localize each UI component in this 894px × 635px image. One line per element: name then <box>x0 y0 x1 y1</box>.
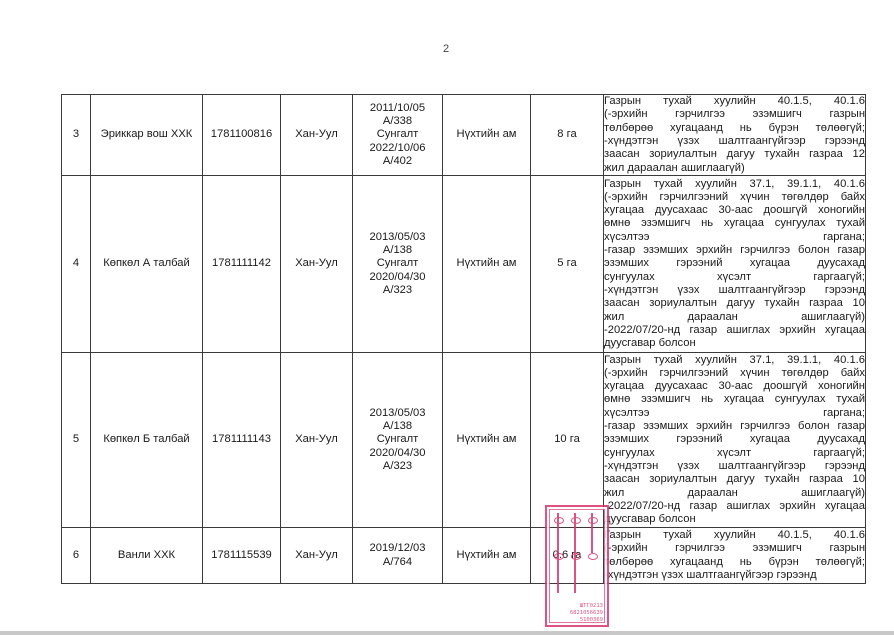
decision-line: 2019/12/03 <box>353 542 442 555</box>
note-line: эзэмших гэрээний хугацаа дуусахад <box>604 257 865 270</box>
note-line: заасан зориулалтын дагуу тухайн газраа 1… <box>604 473 865 486</box>
note-line: хүсэлтээ гаргана; <box>604 231 865 244</box>
location: Нүхтийн ам <box>443 176 531 353</box>
note-line: Газрын тухай хуулийн 40.1.5, 40.1.6 <box>604 529 865 542</box>
note-line: төлбөрөө хугацаанд нь бүрэн төлөөгүй; <box>604 122 865 135</box>
register-number: 1781100816 <box>203 95 281 176</box>
note-line: жил дараалан ашиглаагүй) <box>604 162 865 175</box>
district: Хан-Уул <box>281 176 353 353</box>
row-number: 6 <box>62 528 91 584</box>
table-row: 6Ванли ХХК1781115539Хан-Уул2019/12/03A/7… <box>62 528 866 584</box>
decision-line: Сунгалт <box>353 433 442 446</box>
decision-line: A/138 <box>353 420 442 433</box>
stamp-code: ШТГ0213 6821056639 5100369 <box>555 603 603 624</box>
table-row: 5Көпкөл Б талбай1781111143Хан-Уул2013/05… <box>62 353 866 528</box>
note-line: -2022/07/20-нд газар ашиглах эрхийн хуга… <box>604 324 865 337</box>
note-line: (-эрхийн гэрчилгээний хүчин төгөлдөр бай… <box>604 191 865 204</box>
decision-line: A/323 <box>353 284 442 297</box>
decision-line: A/402 <box>353 155 442 168</box>
land-rights-table: 3Эриккар вош ХХК1781100816Хан-Уул2011/10… <box>61 94 866 584</box>
decision-line: 2013/05/03 <box>353 231 442 244</box>
note-line: эзэмших гэрээний хугацаа дуусахад <box>604 433 865 446</box>
company-name: Көпкөл Б талбай <box>91 353 203 528</box>
page-bottom-edge <box>0 631 894 635</box>
note-line: -хүндэтгэн үзэх шалтгаангүйгээр гэрээнд <box>604 135 865 148</box>
location: Нүхтийн ам <box>443 528 531 584</box>
area: 8 га <box>531 95 604 176</box>
decision-dates: 2013/05/03A/138Сунгалт2020/04/30A/323 <box>353 353 443 528</box>
row-number: 4 <box>62 176 91 353</box>
note-line: -газар эзэмших эрхийн гэрчилгээ болон га… <box>604 244 865 257</box>
page-number: 2 <box>443 43 449 55</box>
register-number: 1781115539 <box>203 528 281 584</box>
decision-dates: 2019/12/03A/764 <box>353 528 443 584</box>
note-line: хүсэлтээ гаргана; <box>604 407 865 420</box>
location: Нүхтийн ам <box>443 353 531 528</box>
location: Нүхтийн ам <box>443 95 531 176</box>
legal-note: Газрын тухай хуулийн 37.1, 39.1.1, 40.1.… <box>604 353 866 528</box>
decision-line: 2020/04/30 <box>353 447 442 460</box>
legal-note: Газрын тухай хуулийн 40.1.5, 40.1.6(-эрх… <box>604 95 866 176</box>
decision-line: Сунгалт <box>353 257 442 270</box>
note-line: дуусгавар болсон <box>604 337 865 350</box>
note-line: Газрын тухай хуулийн 37.1, 39.1.1, 40.1.… <box>604 354 865 367</box>
legal-note: Газрын тухай хуулийн 40.1.5, 40.1.6(-эрх… <box>604 528 866 584</box>
row-number: 5 <box>62 353 91 528</box>
decision-line: 2020/04/30 <box>353 271 442 284</box>
note-line: хугацаа дуусахаас 30-аас доошгүй хоногий… <box>604 204 865 217</box>
area: 5 га <box>531 176 604 353</box>
decision-line: 2013/05/03 <box>353 407 442 420</box>
decision-line: 2022/10/06 <box>353 142 442 155</box>
note-line: өмнө эзэмшигч нь хугацаа сунгуулах тухай <box>604 217 865 230</box>
decision-dates: 2011/10/05A/338Сунгалт2022/10/06A/402 <box>353 95 443 176</box>
decision-line: Сунгалт <box>353 128 442 141</box>
decision-line: A/138 <box>353 244 442 257</box>
note-line: заасан зориулалтын дагуу тухайн газраа 1… <box>604 297 865 310</box>
note-line: Газрын тухай хуулийн 37.1, 39.1.1, 40.1.… <box>604 178 865 191</box>
company-name: Эриккар вош ХХК <box>91 95 203 176</box>
area: 0.6 га <box>531 528 604 584</box>
note-line: -хүндэтгэн үзэх шалтгаангүйгээр гэрээнд <box>604 569 865 582</box>
note-line: заасан зориулалтын дагуу тухайн газраа 1… <box>604 148 865 161</box>
note-line: (-эрхийн гэрчилгээ эзэмшигч газрын <box>604 542 865 555</box>
note-line: -газар эзэмших эрхийн гэрчилгээ болон га… <box>604 420 865 433</box>
note-line: -хүндэтгэн үзэх шалтгаангүйгээр гэрээнд <box>604 284 865 297</box>
district: Хан-Уул <box>281 95 353 176</box>
decision-line: A/323 <box>353 460 442 473</box>
register-number: 1781111143 <box>203 353 281 528</box>
company-name: Ванли ХХК <box>91 528 203 584</box>
district: Хан-Уул <box>281 528 353 584</box>
note-line: -хүндэтгэн үзэх шалтгаангүйгээр гэрээнд <box>604 460 865 473</box>
note-line: -2022/07/20-нд газар ашиглах эрхийн хуга… <box>604 500 865 513</box>
decision-line: 2011/10/05 <box>353 102 442 115</box>
note-line: жил дараалан ашиглаагүй) <box>604 311 865 324</box>
area: 10 га <box>531 353 604 528</box>
decision-line: A/338 <box>353 115 442 128</box>
legal-note: Газрын тухай хуулийн 37.1, 39.1.1, 40.1.… <box>604 176 866 353</box>
register-number: 1781111142 <box>203 176 281 353</box>
note-line: дуусгавар болсон <box>604 513 865 526</box>
note-line: (-эрхийн гэрчилгээний хүчин төгөлдөр бай… <box>604 367 865 380</box>
company-name: Көпкөл А талбай <box>91 176 203 353</box>
note-line: жил дараалан ашиглаагүй) <box>604 487 865 500</box>
row-number: 3 <box>62 95 91 176</box>
decision-line: A/764 <box>353 556 442 569</box>
note-line: хугацаа дуусахаас 30-аас доошгүй хоногий… <box>604 380 865 393</box>
note-line: Газрын тухай хуулийн 40.1.5, 40.1.6 <box>604 95 865 108</box>
note-line: төлбөрөө хугацаанд нь бүрэн төлөөгүй; <box>604 556 865 569</box>
table-row: 3Эриккар вош ХХК1781100816Хан-Уул2011/10… <box>62 95 866 176</box>
note-line: (-эрхийн гэрчилгээ эзэмшигч газрын <box>604 108 865 121</box>
note-line: өмнө эзэмшигч нь хугацаа сунгуулах тухай <box>604 393 865 406</box>
district: Хан-Уул <box>281 353 353 528</box>
note-line: сунгуулах хүсэлт гаргаагүй; <box>604 447 865 460</box>
table-row: 4Көпкөл А талбай1781111142Хан-Уул2013/05… <box>62 176 866 353</box>
note-line: сунгуулах хүсэлт гаргаагүй; <box>604 271 865 284</box>
decision-dates: 2013/05/03A/138Сунгалт2020/04/30A/323 <box>353 176 443 353</box>
